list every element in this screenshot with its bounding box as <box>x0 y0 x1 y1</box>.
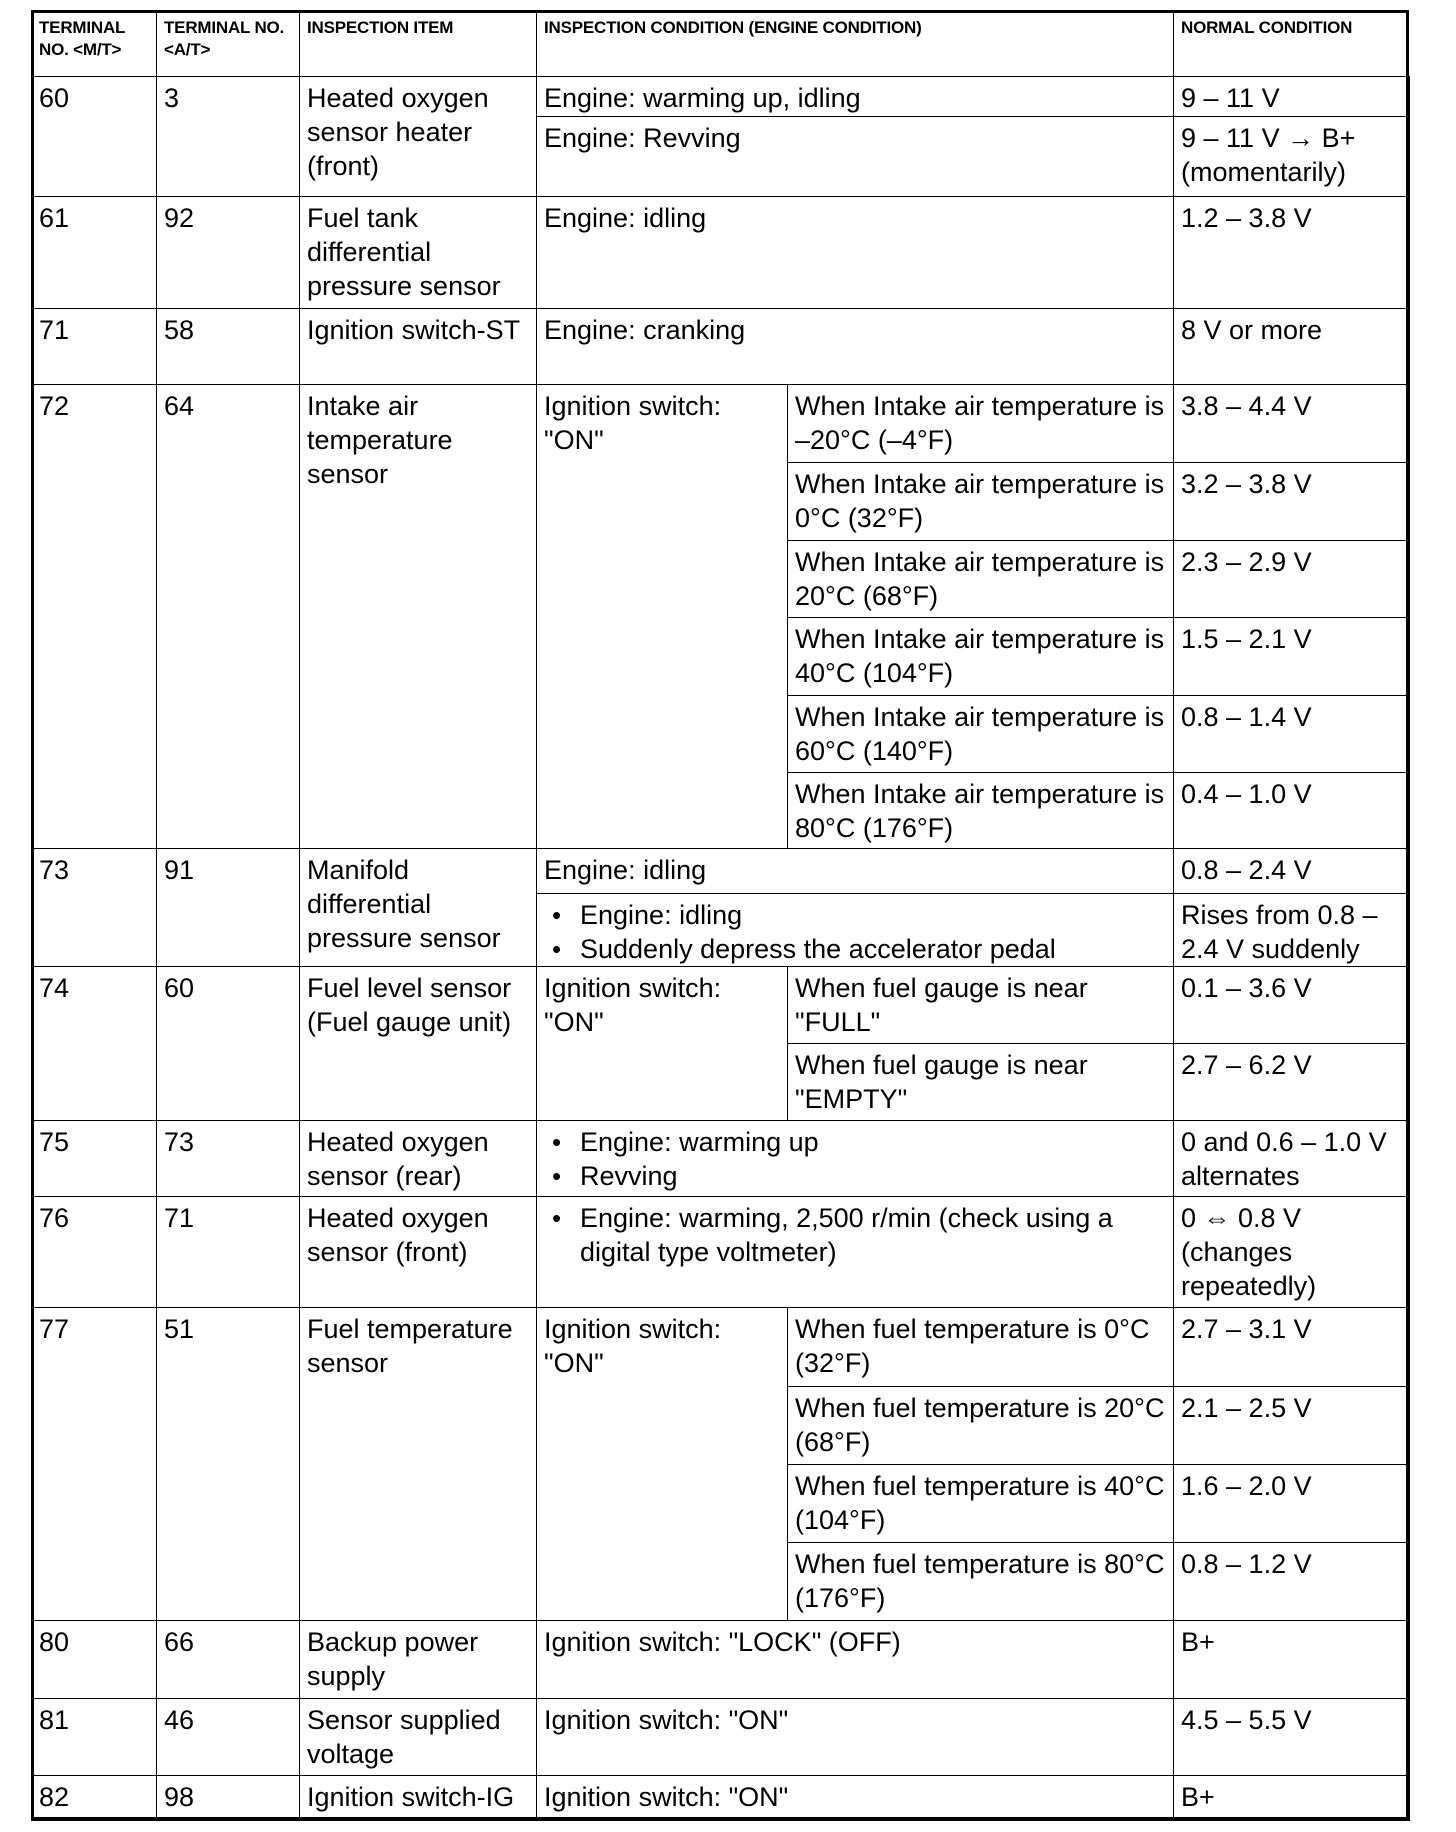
condition-cell: Ignition switch: "ON" <box>536 1698 1174 1776</box>
terminal-at-cell: 64 <box>156 384 300 849</box>
normal-condition-cell: Rises from 0.8 – 2.4 V suddenly <box>1173 893 1410 967</box>
condition-bullet-list: Engine: warming upRevving <box>544 1125 1166 1193</box>
condition-cell: When fuel gauge is near "EMPTY" <box>787 1043 1174 1121</box>
normal-condition-cell: 3.8 – 4.4 V <box>1173 384 1410 463</box>
condition-bullet: Revving <box>580 1159 1166 1193</box>
condition-cell: Engine: idlingSuddenly depress the accel… <box>536 893 1174 967</box>
normal-condition-cell: B+ <box>1173 1775 1410 1821</box>
terminal-mt-cell: 74 <box>31 966 157 1121</box>
condition-cell: When Intake air temperature is –20°C (–4… <box>787 384 1174 463</box>
terminal-mt-cell: 61 <box>31 196 157 309</box>
inspection-item-cell: Fuel level sensor (Fuel gauge unit) <box>299 966 537 1121</box>
header-terminal-at: TERMINAL NO. <A/T> <box>156 10 300 77</box>
normal-condition-cell: 4.5 – 5.5 V <box>1173 1698 1410 1776</box>
inspection-item-cell: Heated oxygen sensor (rear) <box>299 1120 537 1197</box>
terminal-at-cell: 98 <box>156 1775 300 1821</box>
normal-condition-cell: 3.2 – 3.8 V <box>1173 462 1410 541</box>
condition-bullet-list: Engine: warming, 2,500 r/min (check usin… <box>544 1201 1166 1269</box>
condition-group-cell: Ignition switch: "ON" <box>536 966 788 1121</box>
normal-condition-cell: 0.8 – 2.4 V <box>1173 848 1410 894</box>
inspection-item-cell: Sensor supplied voltage <box>299 1698 537 1776</box>
condition-bullet-list: Engine: idlingSuddenly depress the accel… <box>544 898 1166 966</box>
condition-cell: When fuel temperature is 20°C (68°F) <box>787 1386 1174 1465</box>
inspection-item-cell: Ignition switch-ST <box>299 308 537 385</box>
normal-condition-cell: 0 and 0.6 – 1.0 V alternates <box>1173 1120 1410 1197</box>
condition-cell: When Intake air temperature is 60°C (140… <box>787 695 1174 773</box>
condition-bullet: Engine: warming up <box>580 1125 1166 1159</box>
header-inspection-item: INSPECTION ITEM <box>299 10 537 77</box>
terminal-mt-cell: 76 <box>31 1196 157 1308</box>
terminal-mt-cell: 77 <box>31 1307 157 1621</box>
condition-bullet: Engine: idling <box>580 898 1166 932</box>
normal-condition-cell: 9 – 11 V <box>1173 76 1410 117</box>
normal-condition-cell: 9 – 11 V → B+ (momentarily) <box>1173 116 1410 197</box>
inspection-item-cell: Manifold differential pressure sensor <box>299 848 537 967</box>
inspection-item-cell: Fuel tank differential pressure sensor <box>299 196 537 309</box>
normal-condition-cell: 0.8 – 1.2 V <box>1173 1542 1410 1621</box>
terminal-mt-cell: 73 <box>31 848 157 967</box>
condition-cell: When fuel temperature is 80°C (176°F) <box>787 1542 1174 1621</box>
terminal-mt-cell: 75 <box>31 1120 157 1197</box>
inspection-item-cell: Backup power supply <box>299 1620 537 1699</box>
normal-condition-cell: 0 ⇔ 0.8 V (changes repeatedly) <box>1173 1196 1410 1308</box>
condition-cell: When fuel temperature is 0°C (32°F) <box>787 1307 1174 1387</box>
terminal-at-cell: 71 <box>156 1196 300 1308</box>
condition-cell: Engine: idling <box>536 848 1174 894</box>
condition-cell: When Intake air temperature is 40°C (104… <box>787 617 1174 696</box>
condition-cell: Engine: warming, 2,500 r/min (check usin… <box>536 1196 1174 1308</box>
condition-bullet: Suddenly depress the accelerator pedal <box>580 932 1166 966</box>
terminal-mt-cell: 72 <box>31 384 157 849</box>
normal-condition-cell: 1.2 – 3.8 V <box>1173 196 1410 309</box>
condition-cell: Engine: Revving <box>536 116 1174 197</box>
terminal-mt-cell: 71 <box>31 308 157 385</box>
condition-group-cell: Ignition switch: "ON" <box>536 384 788 849</box>
terminal-at-cell: 66 <box>156 1620 300 1699</box>
normal-condition-cell: 0.1 – 3.6 V <box>1173 966 1410 1044</box>
header-terminal-mt: TERMINAL NO. <M/T> <box>31 10 157 77</box>
condition-cell: When Intake air temperature is 20°C (68°… <box>787 540 1174 618</box>
header-normal-condition: NORMAL CONDITION <box>1173 10 1409 77</box>
normal-condition-cell: B+ <box>1173 1620 1410 1699</box>
normal-condition-cell: 1.6 – 2.0 V <box>1173 1464 1410 1543</box>
normal-condition-cell: 2.7 – 6.2 V <box>1173 1043 1410 1121</box>
condition-group-cell: Ignition switch: "ON" <box>536 1307 788 1621</box>
terminal-mt-cell: 81 <box>31 1698 157 1776</box>
terminal-at-cell: 46 <box>156 1698 300 1776</box>
terminal-inspection-table: TERMINAL NO. <M/T> TERMINAL NO. <A/T> IN… <box>0 0 1456 1832</box>
terminal-at-cell: 73 <box>156 1120 300 1197</box>
inspection-item-cell: Intake air temperature sensor <box>299 384 537 849</box>
normal-condition-cell: 0.4 – 1.0 V <box>1173 772 1410 849</box>
header-inspection-condition: INSPECTION CONDITION (ENGINE CONDITION) <box>536 10 1174 77</box>
terminal-at-cell: 58 <box>156 308 300 385</box>
inspection-item-cell: Ignition switch-IG <box>299 1775 537 1821</box>
normal-condition-cell: 1.5 – 2.1 V <box>1173 617 1410 696</box>
condition-cell: Ignition switch: "LOCK" (OFF) <box>536 1620 1174 1699</box>
condition-cell: When fuel gauge is near "FULL" <box>787 966 1174 1044</box>
terminal-at-cell: 91 <box>156 848 300 967</box>
terminal-at-cell: 51 <box>156 1307 300 1621</box>
condition-cell: Ignition switch: "ON" <box>536 1775 1174 1821</box>
condition-cell: Engine: cranking <box>536 308 1174 385</box>
normal-condition-cell: 2.1 – 2.5 V <box>1173 1386 1410 1465</box>
inspection-item-cell: Heated oxygen sensor (front) <box>299 1196 537 1308</box>
inspection-item-cell: Heated oxygen sensor heater (front) <box>299 76 537 197</box>
terminal-mt-cell: 60 <box>31 76 157 197</box>
condition-cell: When fuel temperature is 40°C (104°F) <box>787 1464 1174 1543</box>
terminal-at-cell: 3 <box>156 76 300 197</box>
normal-condition-cell: 2.7 – 3.1 V <box>1173 1307 1410 1387</box>
terminal-at-cell: 92 <box>156 196 300 309</box>
condition-cell: Engine: warming upRevving <box>536 1120 1174 1197</box>
inspection-item-cell: Fuel temperature sensor <box>299 1307 537 1621</box>
normal-condition-cell: 0.8 – 1.4 V <box>1173 695 1410 773</box>
normal-condition-cell: 2.3 – 2.9 V <box>1173 540 1410 618</box>
condition-cell: Engine: warming up, idling <box>536 76 1174 117</box>
terminal-mt-cell: 80 <box>31 1620 157 1699</box>
condition-bullet: Engine: warming, 2,500 r/min (check usin… <box>580 1201 1166 1269</box>
condition-cell: Engine: idling <box>536 196 1174 309</box>
condition-cell: When Intake air temperature is 0°C (32°F… <box>787 462 1174 541</box>
condition-cell: When Intake air temperature is 80°C (176… <box>787 772 1174 849</box>
terminal-mt-cell: 82 <box>31 1775 157 1821</box>
normal-condition-cell: 8 V or more <box>1173 308 1410 385</box>
terminal-at-cell: 60 <box>156 966 300 1121</box>
